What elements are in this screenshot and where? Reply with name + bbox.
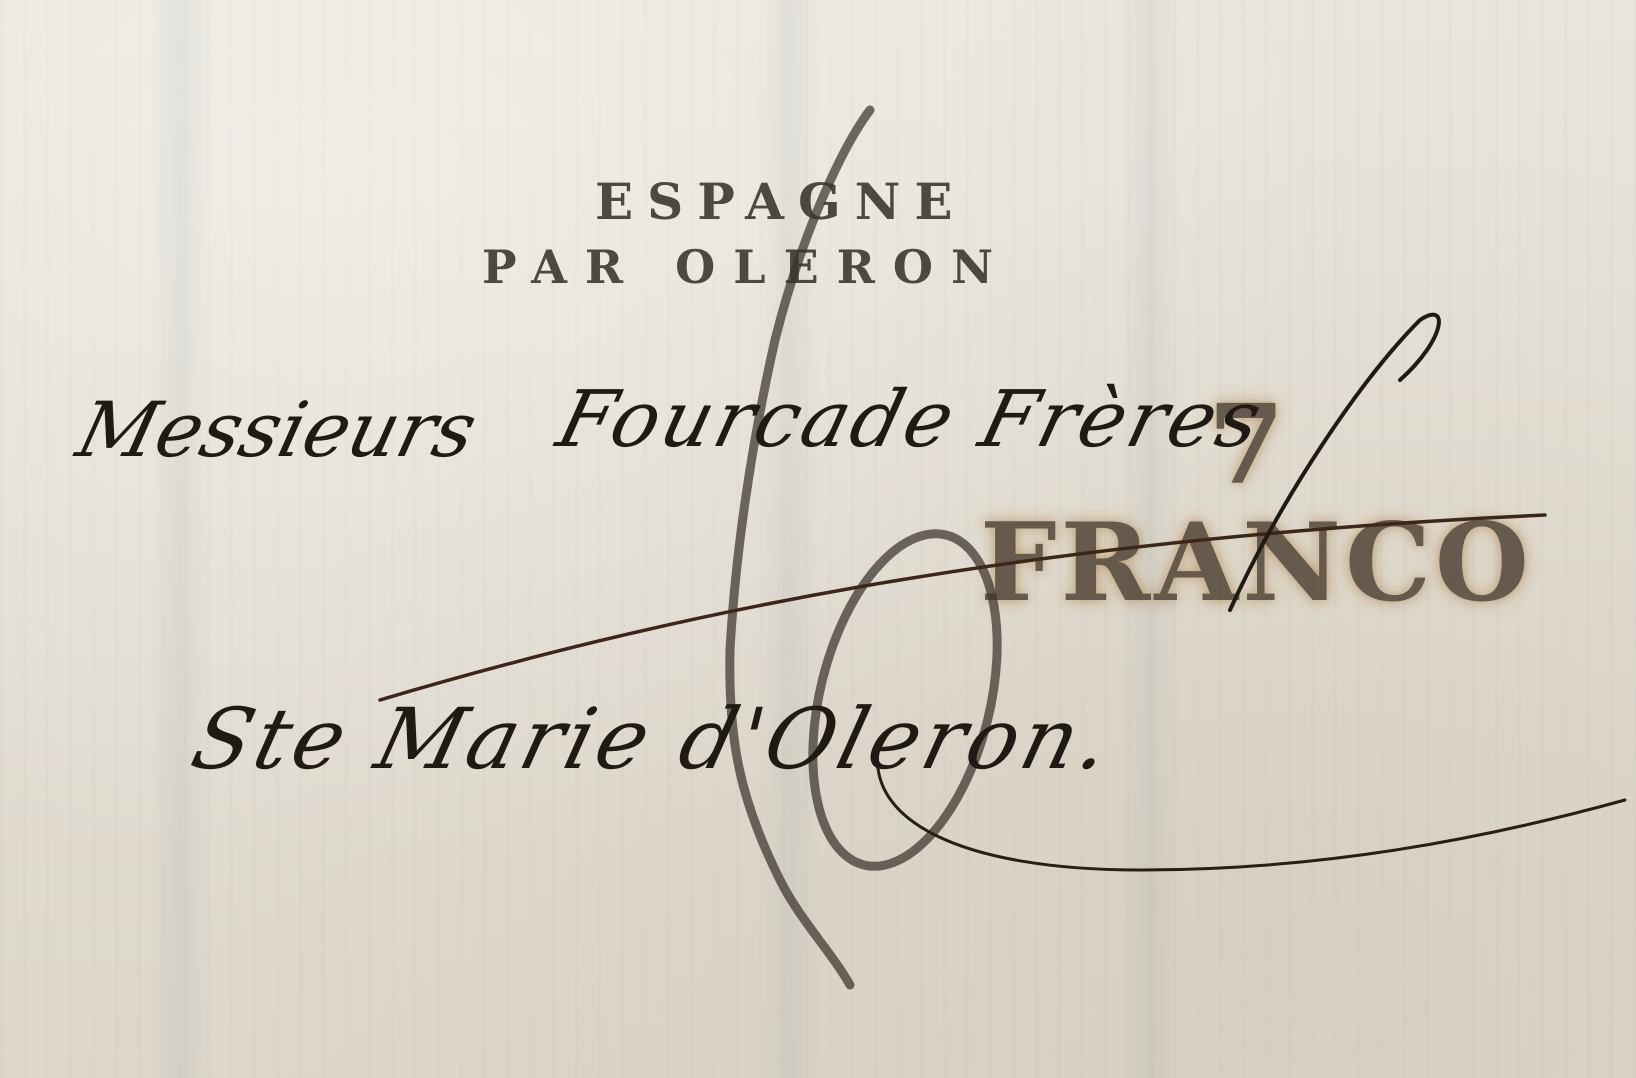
address-addressee: Fourcade Frères [549,375,1273,465]
address-salutation: Messieurs [69,385,486,474]
letter-cover: ESPAGNE PAR OLERON 7 FRANCO Messieurs Fo… [0,0,1636,1078]
address-destination: Ste Marie d'Oleron. [183,690,1125,788]
manuscript-rate-strokes [0,0,1636,1078]
